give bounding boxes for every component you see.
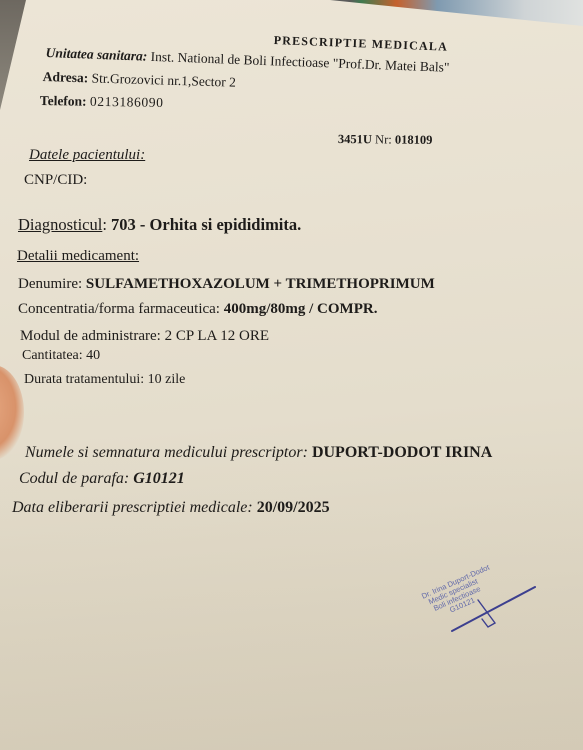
duration-label: Durata tratamentului: [24,372,144,387]
doctor-code-label: Codul de parafa: [19,470,129,487]
address-label: Adresa: [43,69,89,85]
quantity-value: 40 [86,348,100,363]
medication-name-line: Denumire: SULFAMETHOXAZOLUM + TRIMETHOPR… [18,276,435,293]
address-value: Str.Grozovici nr.1,Sector 2 [91,70,236,89]
phone-value: 0213186090 [90,94,164,110]
issue-date-line: Data eliberarii prescriptiei medicale: 2… [12,499,330,517]
medication-form-label: Concentratia/forma farmaceutica: [18,301,220,317]
prescription-number-label: Nr: [375,132,392,146]
medication-name-label: Denumire: [18,276,82,292]
administration-value: 2 CP LA 12 ORE [165,328,269,344]
doctor-name-label: Numele si semnatura medicului prescripto… [25,444,308,461]
prescription-number-line: 3451U Nr: 018109 [338,132,433,148]
medication-section-label: Detalii medicament: [17,248,139,265]
doctor-name-line: Numele si semnatura medicului prescripto… [25,444,492,462]
medication-form-value: 400mg/80mg / COMPR. [224,301,378,317]
diagnosis-value: 703 - Orhita si epididimita. [111,215,301,234]
quantity-label: Cantitatea: [22,348,83,363]
phone-line: Telefon: 0213186090 [40,93,164,111]
doctor-code-value: G10121 [133,470,185,487]
duration-value: 10 zile [148,372,186,387]
quantity-line: Cantitatea: 40 [22,348,100,364]
diagnosis-line: Diagnosticul: 703 - Orhita si epididimit… [18,215,301,235]
patient-section-label: Datele pacientului: [29,147,145,164]
doctor-code-line: Codul de parafa: G10121 [19,470,185,488]
medication-name-value: SULFAMETHOXAZOLUM + TRIMETHOPRIMUM [86,276,435,292]
medication-form-line: Concentratia/forma farmaceutica: 400mg/8… [18,301,377,318]
patient-cnp-label: CNP/CID: [24,172,87,189]
issue-date-value: 20/09/2025 [257,499,330,516]
phone-label: Telefon: [40,93,87,109]
prescription-number: 018109 [395,133,433,147]
doctor-name-value: DUPORT-DODOT IRINA [312,444,492,461]
duration-line: Durata tratamentului: 10 zile [24,372,185,388]
issue-date-label: Data eliberarii prescriptiei medicale: [12,499,253,516]
health-unit-label: Unitatea sanitara: [45,45,147,64]
doctor-signature [440,575,540,635]
prescription-series: 3451U [338,132,372,146]
administration-label: Modul de administrare: [20,328,161,344]
diagnosis-label: Diagnosticul [18,215,102,234]
administration-line: Modul de administrare: 2 CP LA 12 ORE [20,328,269,345]
